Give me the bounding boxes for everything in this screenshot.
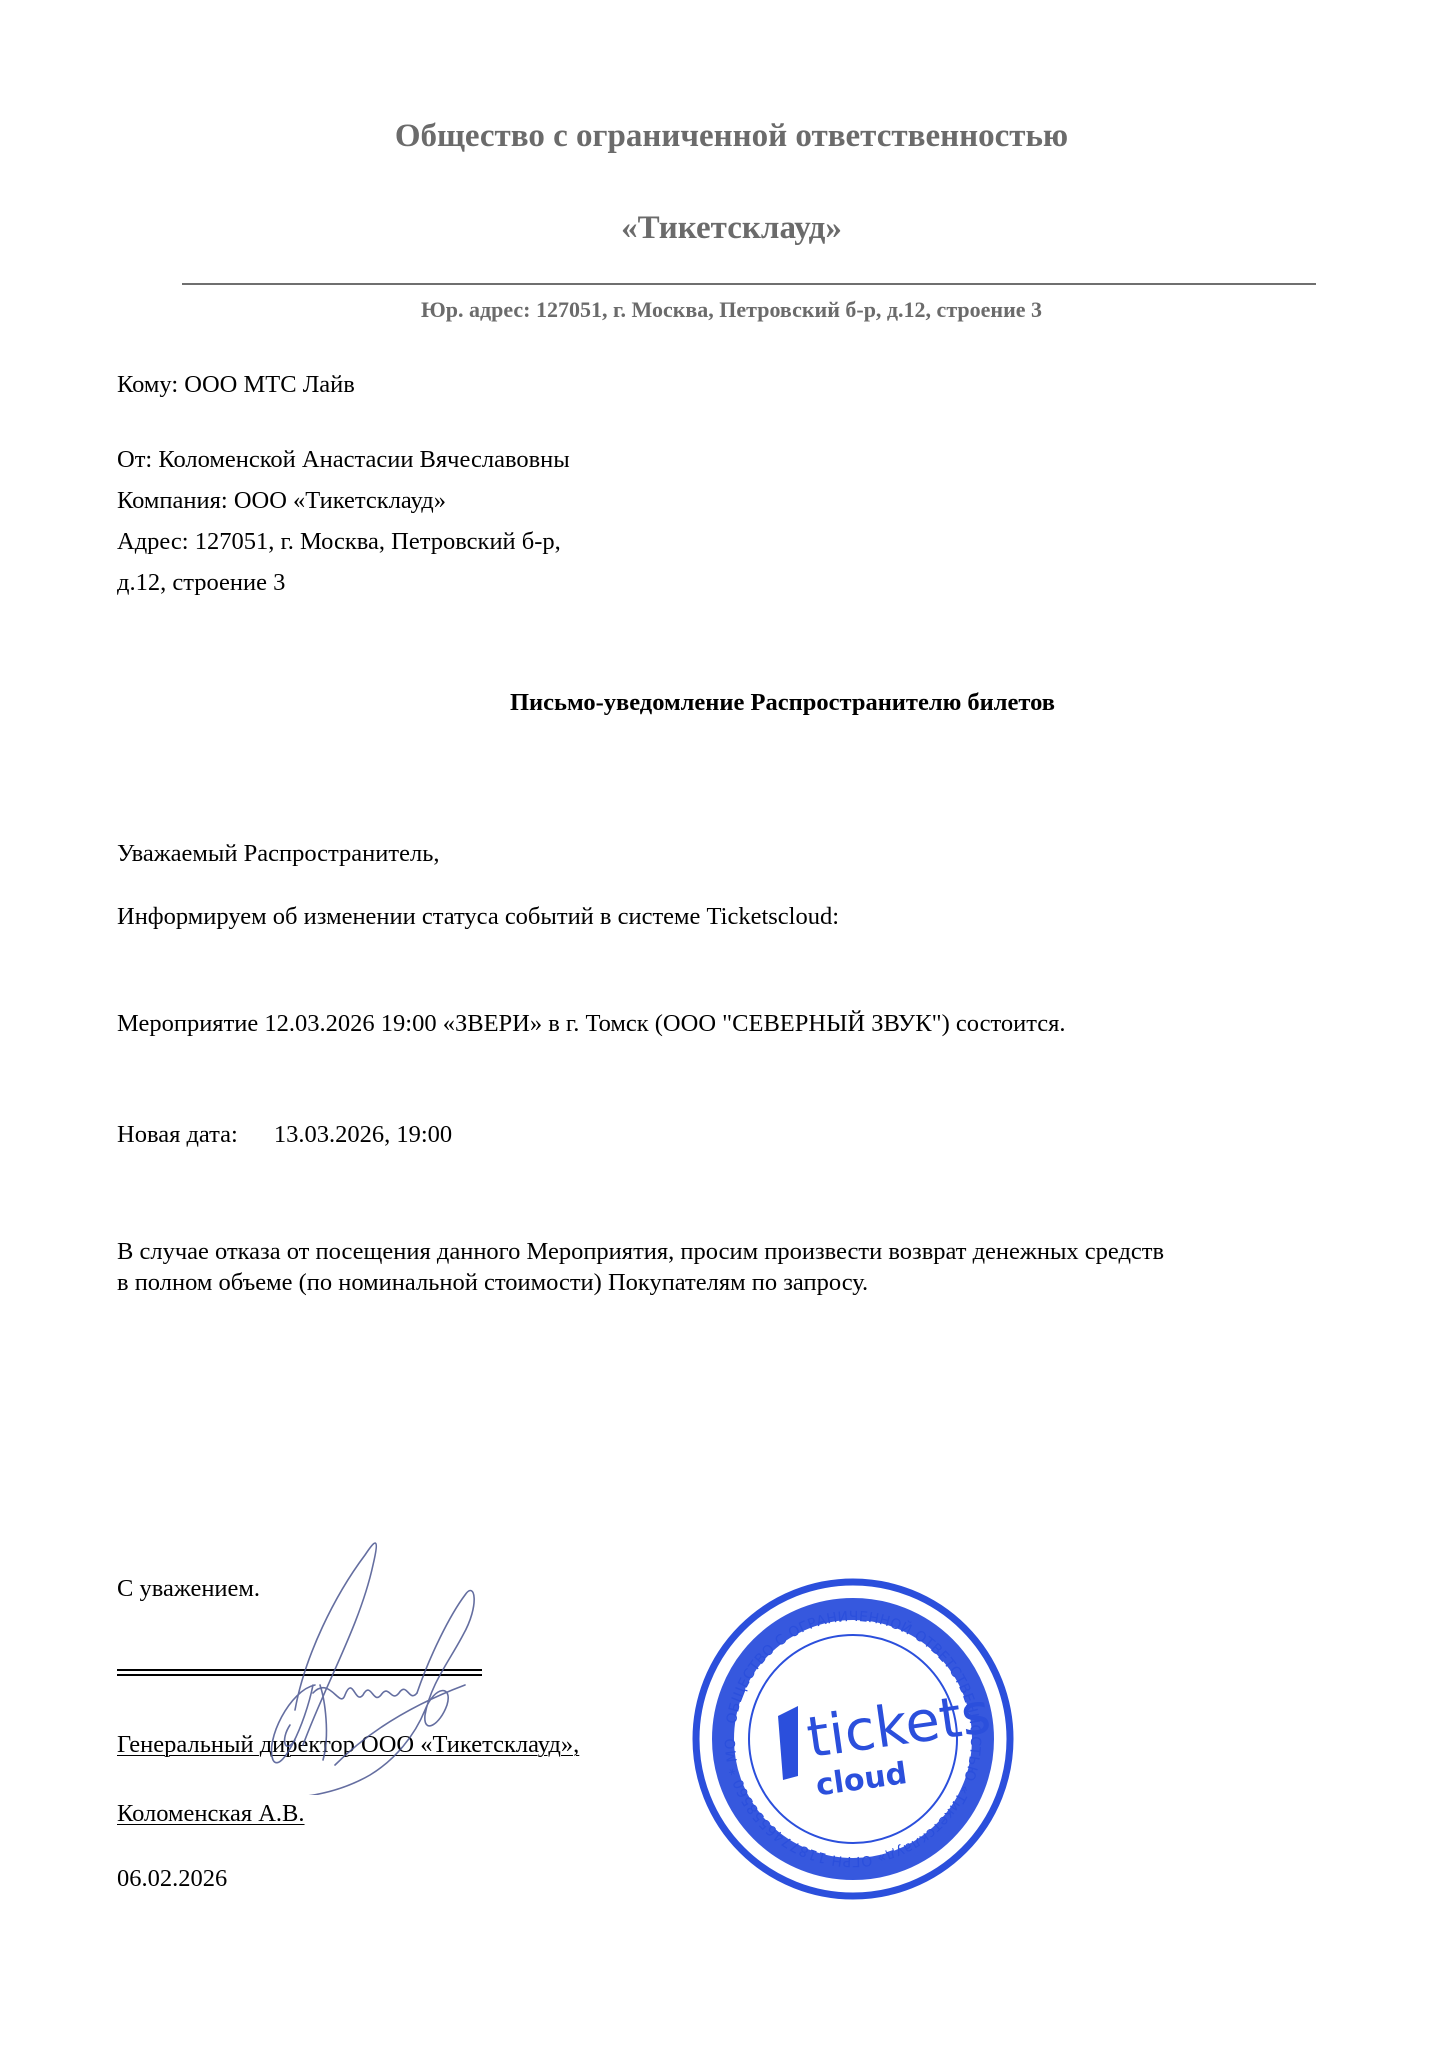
company-stamp: ИНН 7703459471 • ИНН 7703459471 • ИНН 77… (690, 1576, 1016, 1902)
sender-company: Компания: ООО «Тикетсклауд» (117, 489, 446, 514)
sender-address-line2: д.12, строение 3 (117, 571, 285, 596)
refund-paragraph-line1: В случае отказа от посещения данного Мер… (117, 1240, 1164, 1265)
closing-regards: С уважением. (117, 1577, 260, 1602)
sender-address-line1: Адрес: 127051, г. Москва, Петровский б-р… (117, 530, 561, 555)
signatory-name: Коломенская А.В. (117, 1802, 305, 1827)
signature-line (117, 1669, 482, 1676)
new-date-row: Новая дата:13.03.2026, 19:00 (117, 1123, 452, 1148)
header-divider (182, 283, 1316, 285)
header-org-form: Общество с ограниченной ответственностью (0, 118, 1455, 155)
letter-subject: Письмо-уведомление Распространителю биле… (0, 689, 1455, 717)
refund-paragraph-line2: в полном объеме (по номинальной стоимост… (117, 1271, 868, 1296)
event-status-line: Мероприятие 12.03.2026 19:00 «ЗВЕРИ» в г… (117, 1012, 1065, 1037)
letter-date: 06.02.2026 (117, 1867, 227, 1892)
header-org-name: «Тикетсклауд» (0, 210, 1455, 247)
intro-paragraph: Информируем об изменении статуса событий… (117, 905, 839, 930)
greeting: Уважаемый Распространитель, (117, 842, 440, 867)
signatory-position: Генеральный директор ООО «Тикетсклауд», (117, 1733, 579, 1758)
new-date-value: 13.03.2026, 19:00 (274, 1121, 452, 1148)
addressee-to: Кому: ООО МТС Лайв (117, 373, 355, 398)
new-date-label: Новая дата: (117, 1121, 238, 1148)
sender-from: От: Коломенской Анастасии Вячеславовны (117, 448, 570, 473)
header-legal-address: Юр. адрес: 127051, г. Москва, Петровский… (0, 297, 1455, 323)
